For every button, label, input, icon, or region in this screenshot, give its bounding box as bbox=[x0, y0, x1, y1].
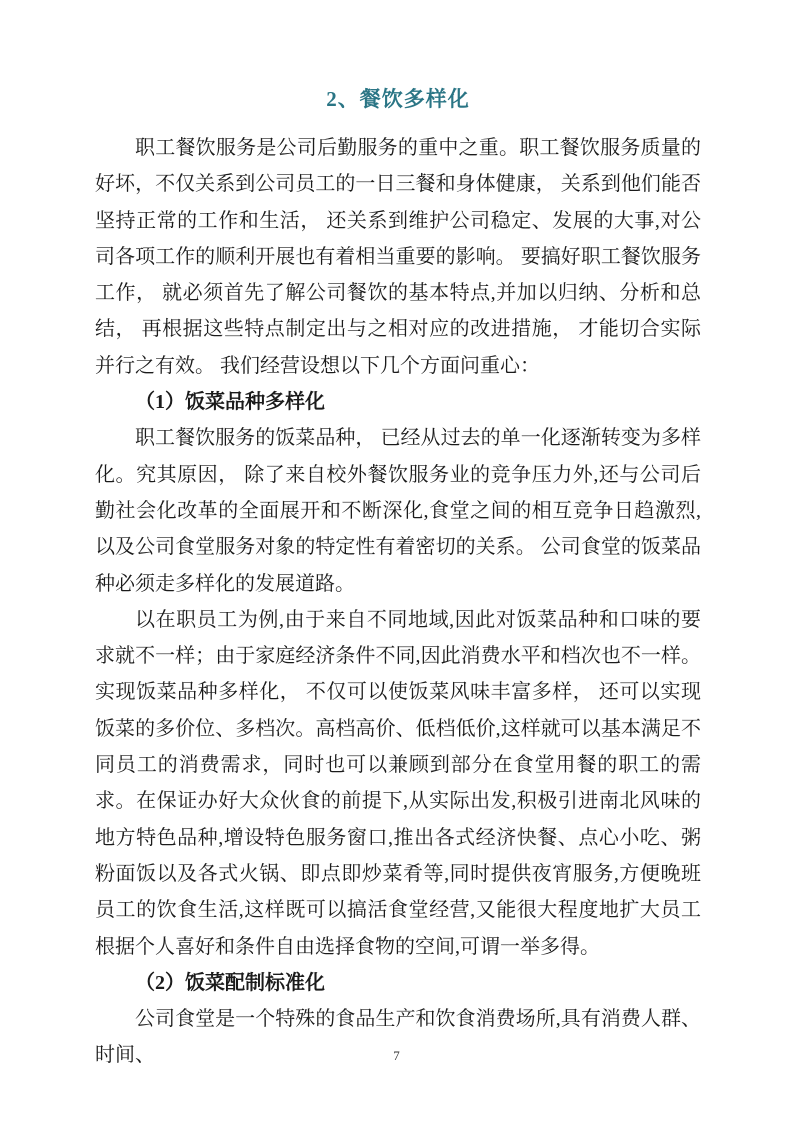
paragraph-dish-variety-1: 职工餐饮服务的饭菜品种， 已经从过去的单一化逐渐转变为多样化。究其原因， 除了来… bbox=[95, 420, 701, 601]
page-number: 7 bbox=[0, 1048, 793, 1064]
document-page: 2、餐饮多样化 职工餐饮服务是公司后勤服务的重中之重。职工餐饮服务质量的好坏，不… bbox=[0, 0, 793, 1122]
paragraph-dish-variety-2: 以在职员工为例,由于来自不同地域,因此对饭菜品种和口味的要求就不一样；由于家庭经… bbox=[95, 602, 701, 965]
paragraph-intro: 职工餐饮服务是公司后勤服务的重中之重。职工餐饮服务质量的好坏，不仅关系到公司员工… bbox=[95, 130, 701, 384]
subheading-meal-standardization: （2）饭菜配制标准化 bbox=[95, 965, 701, 1001]
subheading-dish-variety: （1）饭菜品种多样化 bbox=[95, 384, 701, 420]
section-title: 2、餐饮多样化 bbox=[95, 86, 701, 113]
